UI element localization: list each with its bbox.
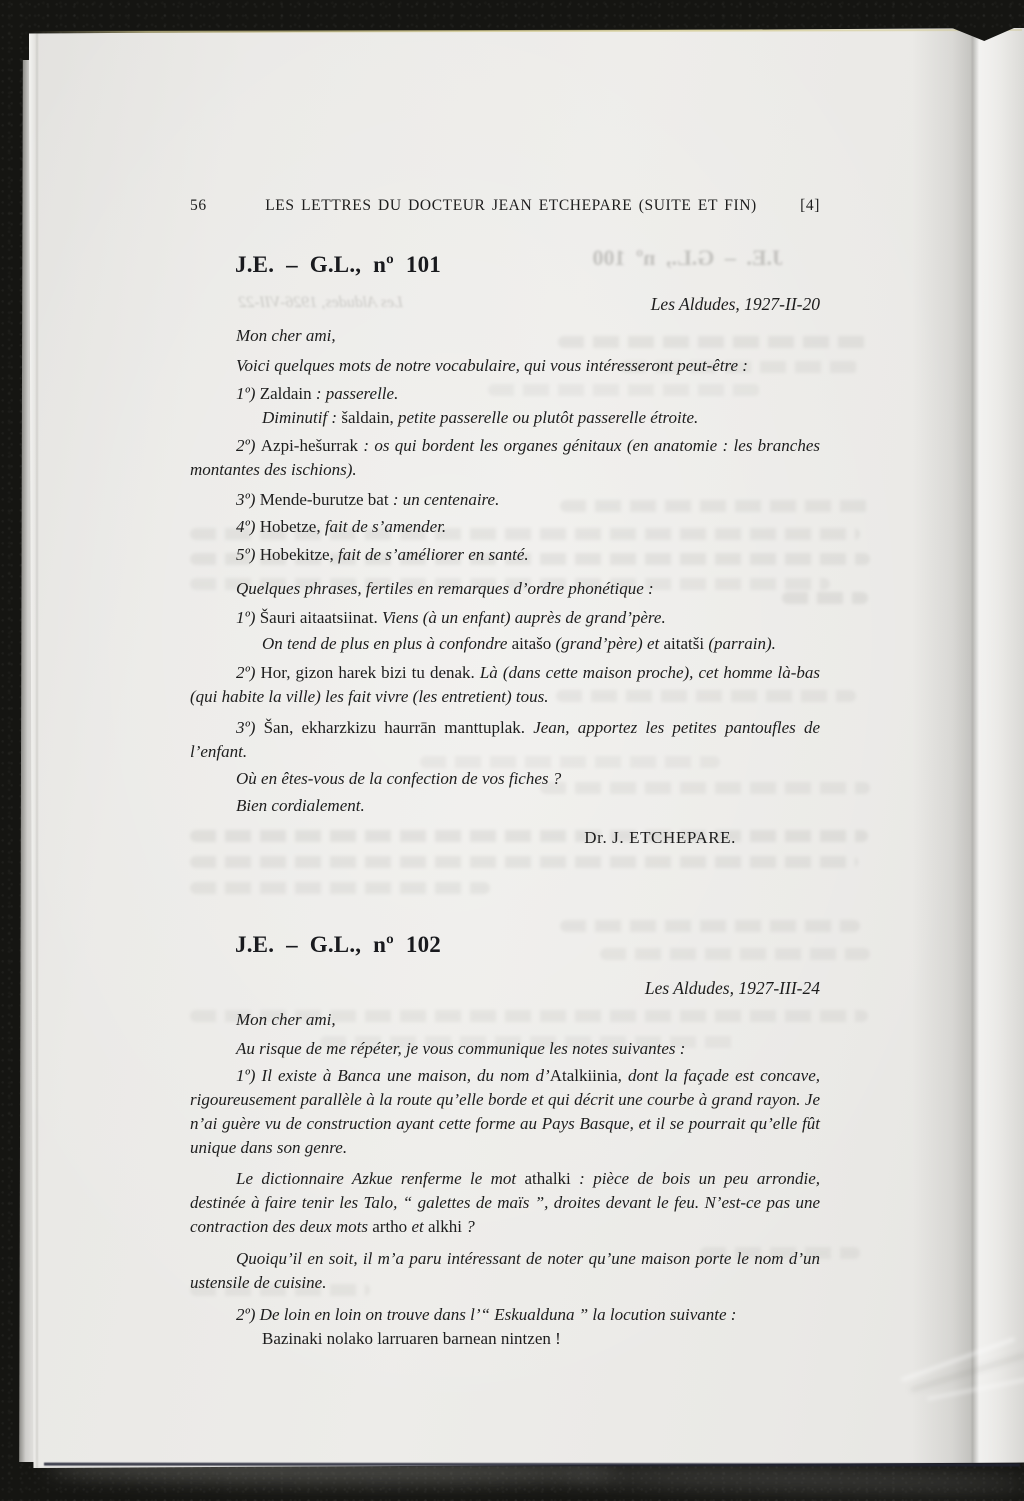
- paragraph: On tend de plus en plus à confondre aita…: [190, 632, 820, 656]
- letter-date: Les Aldudes, 1927-III-24: [190, 976, 820, 1000]
- header-bracket: [4]: [776, 194, 820, 218]
- printed-content: 56 LES LETTRES DU DOCTEUR JEAN ETCHEPARE…: [190, 28, 820, 1351]
- paragraph: 5º) Hobekitze, fait de s’améliorer en sa…: [190, 543, 820, 567]
- header-title: LES LETTRES DU DOCTEUR JEAN ETCHEPARE (S…: [246, 194, 776, 218]
- paragraph: Mon cher ami,: [190, 1008, 820, 1032]
- binding-gutter-shadow: [912, 28, 1024, 1468]
- scanned-page: J.E. – G.L., nº 100 Les Aldudes, 1926-VI…: [28, 28, 1024, 1468]
- paragraph: 1º) Šauri aitaatsiinat. Viens (à un enfa…: [190, 606, 820, 630]
- paragraph: Quoiqu’il en soit, il m’a paru intéressa…: [190, 1247, 820, 1295]
- letter-heading: J.E. – G.L., nº 101: [190, 250, 820, 280]
- paragraph: 1º) Il existe à Banca une maison, du nom…: [190, 1064, 820, 1160]
- letter-date: Les Aldudes, 1927-II-20: [190, 292, 820, 316]
- paragraph: Bazinaki nolako larruaren barnean nintze…: [190, 1327, 820, 1351]
- letters: J.E. – G.L., nº 101 Les Aldudes, 1927-II…: [190, 28, 820, 1351]
- paragraph: 2º) Hor, gizon harek bizi tu denak. Là (…: [190, 661, 820, 709]
- paragraph: 3º) Mende-burutze bat : un centenaire.: [190, 488, 820, 512]
- page-shadow: [560, 1463, 1024, 1495]
- letter-body: Mon cher ami,Au risque de me répéter, je…: [190, 1008, 820, 1351]
- paragraph: 3º) Šan, ekharzkizu haurrān manttuplak. …: [190, 716, 820, 764]
- signature: Dr. J. ETCHEPARE.: [190, 826, 820, 850]
- paragraph: Le dictionnaire Azkue renferme le mot at…: [190, 1167, 820, 1239]
- paragraph: Au risque de me répéter, je vous communi…: [190, 1037, 820, 1061]
- letter-section-102: J.E. – G.L., nº 102 Les Aldudes, 1927-II…: [190, 930, 820, 1351]
- paragraph: 1º) Zaldain : passerelle.: [190, 382, 820, 406]
- scan-backdrop: J.E. – G.L., nº 100 Les Aldudes, 1926-VI…: [0, 0, 1024, 1501]
- letter-body: Mon cher ami,Voici quelques mots de notr…: [190, 324, 820, 850]
- paragraph: Bien cordialement.: [190, 794, 820, 818]
- paragraph: 2º) De loin en loin on trouve dans l’“ E…: [190, 1303, 820, 1327]
- paragraph: Où en êtes-vous de la confection de vos …: [190, 767, 820, 791]
- paragraph: Voici quelques mots de notre vocabulaire…: [190, 354, 820, 378]
- page-left-edge-line: [36, 28, 38, 1468]
- paragraph: 4º) Hobetze, fait de s’amender.: [190, 515, 820, 539]
- paragraph: Mon cher ami,: [190, 324, 820, 348]
- running-header: 56 LES LETTRES DU DOCTEUR JEAN ETCHEPARE…: [190, 194, 820, 218]
- letter-section-101: J.E. – G.L., nº 101 Les Aldudes, 1927-II…: [190, 250, 820, 850]
- paragraph: Quelques phrases, fertiles en remarques …: [190, 577, 820, 601]
- paragraph: Diminutif : šaldain, petite passerelle o…: [190, 406, 820, 430]
- letter-heading: J.E. – G.L., nº 102: [190, 930, 820, 960]
- page-number: 56: [190, 194, 246, 218]
- paragraph: 2º) Azpi-hešurrak : os qui bordent les o…: [190, 434, 820, 482]
